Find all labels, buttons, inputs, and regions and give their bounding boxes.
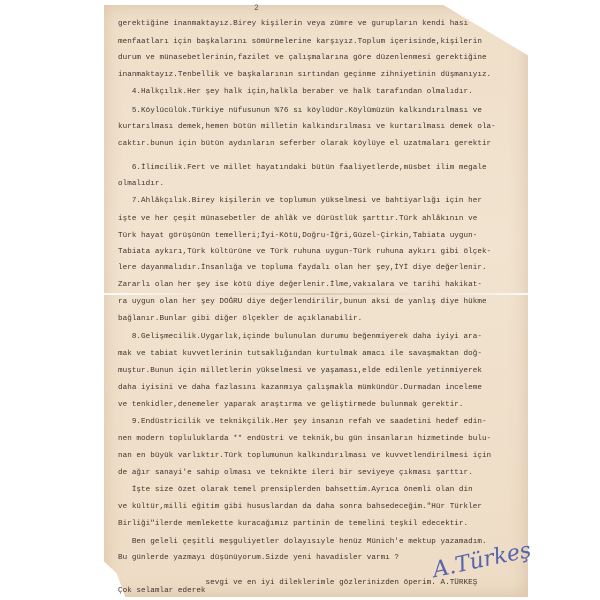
body-line: de ağır sanayi'e sahip olması ve teknikt… (118, 469, 473, 477)
body-line: lere dayanmalıdır.İnsanlığa ve topluma f… (118, 264, 487, 272)
body-line: Birliği"ilerde memlekette kuracağımız pa… (118, 520, 468, 528)
body-line: ve tenkidler,denemeler yaparak araştırma… (118, 401, 464, 409)
body-line: 5.Köylücülük.Türkiye nüfusunun %76 sı kö… (118, 107, 482, 115)
body-line: daha iyisini ve daha fazlasını kazanmıya… (118, 384, 482, 392)
body-line: kurtarılması demek,hemen bütün milletin … (118, 123, 496, 131)
body-line: İşte size özet olarak temel prensiplerde… (118, 486, 473, 494)
body-line: 4.Halkçılık.Her şey halk için,halkla ber… (118, 88, 473, 96)
body-line: menfaatları için başkalarını sömürmeleri… (118, 38, 482, 46)
closing-line: Çok selamlar ederek (118, 587, 206, 595)
body-line: gerektiğine inanmaktayız.Birey kişilerin… (118, 20, 468, 28)
closing-line: Ben geleli çeşitli meşguliyetler dolayıs… (118, 538, 487, 546)
body-line: ra uygun olan her şey DOĞRU diye değerle… (118, 298, 487, 306)
closing-line: sevgi ve en iyi dileklerimle gözlerinizd… (118, 579, 477, 587)
body-line: nan en büyük varlıktır.Türk toplumunun k… (118, 452, 491, 460)
body-line: Türk hayat görüşünün temelleri;İyi-Kötü,… (118, 232, 477, 240)
body-line: 7.Ahlâkçılık.Birey kişilerin ve toplumun… (118, 197, 482, 205)
page-number: 2 (254, 4, 259, 13)
body-line: bağlanır.Bunlar gibi diğer ölçekler de a… (118, 315, 362, 323)
body-line: durum ve münasebetlerinin,fazilet ve çal… (118, 54, 487, 62)
body-line: Zararlı olan her şey ise kötü diye değer… (118, 281, 482, 289)
body-line: Tabiata aykırı,Türk kültürüne ve Türk ru… (118, 248, 491, 256)
body-line: 6.İlimcilik.Fert ve millet hayatındaki b… (118, 164, 487, 172)
body-line: 9.Endüstricilik ve teknikçilik.Her şey i… (118, 418, 487, 426)
body-line: mak ve tabiat kuvvetlerinin tutsaklığınd… (118, 350, 482, 358)
body-line: inanmaktayız.Tenbellik ve başkalarının s… (118, 71, 491, 79)
body-line: 8.Gelişmecilik.Uygarlık,içinde bulunulan… (118, 333, 482, 341)
body-line: ve kültür,milli eğitim gibi hususlardan … (118, 503, 482, 511)
body-line: olmalıdır. (118, 180, 164, 188)
paper-fold-crease (104, 293, 528, 295)
closing-line: Bu günlerde yazmayı düşünüyorum.Sizde ye… (118, 554, 399, 562)
body-line: işte ve her çeşit münasebetler de ahlâk … (118, 215, 477, 223)
body-line: muştur.Bunun için milletlerin yükselmesi… (118, 367, 482, 375)
body-line: nen modern topluluklarda ** endüstri ve … (118, 435, 491, 443)
body-line: caktır.bunun için bütün aydınların sefer… (118, 140, 491, 148)
